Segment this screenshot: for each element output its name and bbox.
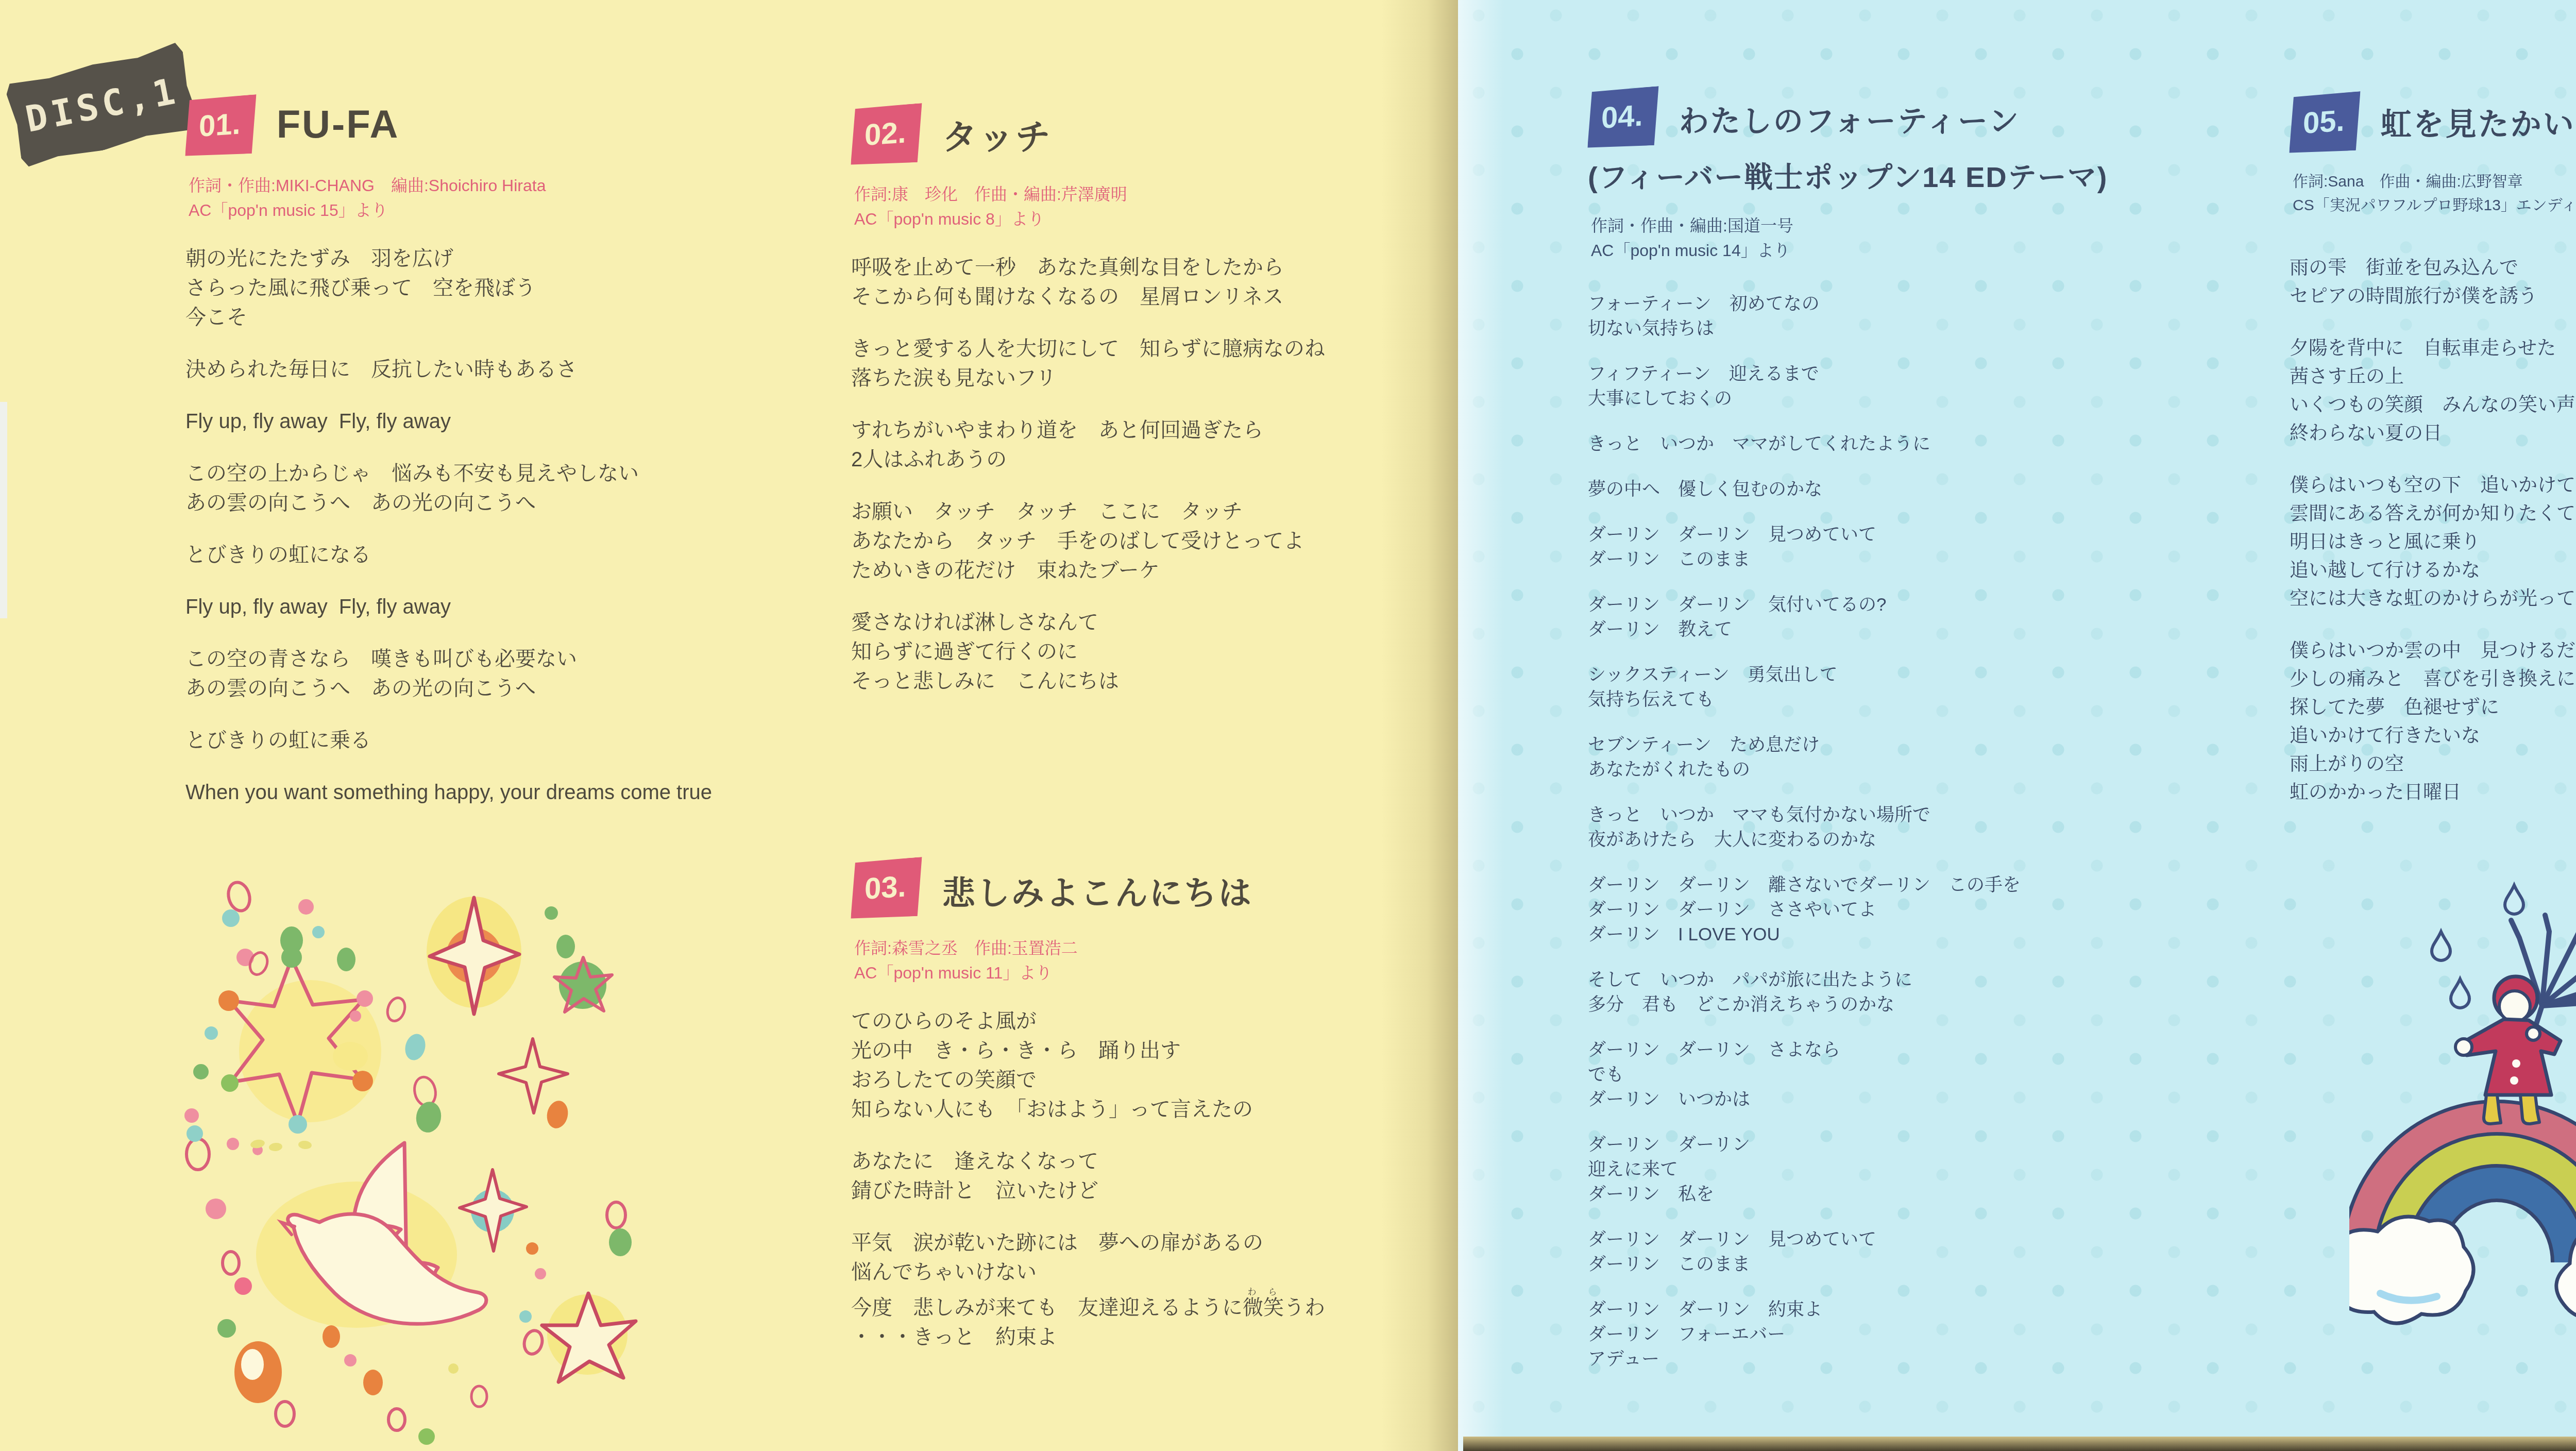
song-04-credits: 作詞・作曲・編曲:国道一号 AC「pop'n music 14」より [1591, 213, 2340, 263]
lyric-line: ダーリン 私を [1588, 1182, 2340, 1207]
song-01-credit-line: AC「pop'n music 15」より [189, 198, 881, 223]
song-05-header: 05. 虹を見たかい? [2290, 94, 2576, 153]
stanza: とびきりの虹に乗る [185, 726, 881, 755]
lyric-line: 気持ち伝えても [1588, 687, 2340, 712]
stanza: ダーリン ダーリン 約束よダーリン フォーエバーアデュー [1588, 1297, 2340, 1372]
stanza: 僕らはいつも空の下 追いかけてた雲間にある答えが何か知りたくて明日はきっと風に乗… [2290, 471, 2576, 613]
track-04-badge: 04. [1587, 86, 1658, 150]
stanza: シックスティーン 勇気出して気持ち伝えても [1588, 663, 2340, 712]
lyric-line: セピアの時間旅行が僕を誘う [2290, 282, 2576, 310]
song-05-credit-line: CS「実況パワフルプロ野球13」エンディングテーマ [2293, 194, 2576, 217]
song-02-title: タッチ [942, 110, 1052, 160]
lyric-line: 夜があけたら 大人に変わるのかな [1588, 828, 2340, 852]
lyric-line: ダーリン ダーリン ささやいてよ [1588, 898, 2340, 922]
stanza: 夢の中へ 優しく包むのかな [1588, 477, 2340, 502]
rainbow-figure-artwork [2349, 871, 2576, 1451]
stars-dove-artwork [165, 835, 835, 1448]
lyric-line: 僕らはいつも空の下 追いかけてた [2290, 471, 2576, 499]
lyric-line: フィフティーン 迎えるまで [1588, 362, 2340, 386]
lyric-line: Fly up, fly away Fly, fly away [185, 407, 881, 436]
lyric-line: ダーリン ダーリン さよなら [1588, 1038, 2340, 1062]
song-01-title: FU-FA [277, 102, 400, 147]
lyric-line: 大事にしておくの [1588, 386, 2340, 411]
stanza: この空の上からじゃ 悩みも不安も見えやしないあの雲の向こうへ あの光の向こうへ [185, 459, 881, 518]
scan-left-edge [0, 402, 7, 618]
lyric-line: 切ない気持ちは [1588, 316, 2340, 341]
stanza: そして いつか パパが旅に出たように多分 君も どこか消えちゃうのかな [1588, 968, 2340, 1017]
track-01-badge: 01. [185, 94, 256, 158]
lyric-line: あの雲の向こうへ あの光の向こうへ [185, 488, 881, 518]
lyric-line: フォーティーン 初めてなの [1588, 292, 2340, 316]
lyric-line: 終わらない夏の日 [2290, 419, 2576, 447]
stanza: Fly up, fly away Fly, fly away [185, 593, 881, 622]
lyric-line: ダーリン I LOVE YOU [1588, 922, 2340, 947]
lyric-line: Fly up, fly away Fly, fly away [185, 593, 881, 622]
disc1-stamp: DISC,1 [4, 42, 200, 169]
stanza: 決められた毎日に 反抗したい時もあるさ [185, 355, 881, 384]
stanza: ダーリン ダーリン 気付いてるの?ダーリン 教えて [1588, 593, 2340, 642]
lyric-line: 探してた夢 色褪せずに [2290, 693, 2576, 721]
lyric-line: 夕陽を背中に 自転車走らせた [2290, 334, 2576, 362]
song-03-title: 悲しみよこんにちは [942, 867, 1253, 914]
stanza: 夕陽を背中に 自転車走らせた茜さす丘の上いくつもの笑顔 みんなの笑い声終わらない… [2290, 334, 2576, 447]
song-01-credits: 作詞・作曲:MIKI-CHANG 編曲:Shoichiro Hirata AC「… [189, 173, 881, 223]
lyric-line: アデュー [1588, 1347, 2340, 1372]
song-05-credits: 作詞:Sana 作曲・編曲:広野智章 CS「実況パワフルプロ野球13」エンディン… [2293, 170, 2576, 217]
lyric-line: ダーリン このまま [1588, 1252, 2340, 1277]
lyric-line: 少しの痛みと 喜びを引き換えに [2290, 665, 2576, 693]
lyric-line: 空には大きな虹のかけらが光ってた [2290, 584, 2576, 613]
disc1-stamp-label: DISC,1 [22, 70, 182, 141]
lyric-line: 迎えに来て [1588, 1157, 2340, 1182]
page-right: 04. わたしのフォーティーン (フィーバー戦士ポップン14 EDテーマ) 作詞… [1458, 0, 2576, 1451]
song-01-credit-line: 作詞・作曲:MIKI-CHANG 編曲:Shoichiro Hirata [189, 173, 881, 198]
song-04-lyrics: フォーティーン 初めてなの切ない気持ちはフィフティーン 迎えるまで大事にしておく… [1588, 292, 2340, 1372]
song-05-title: 虹を見たかい? [2381, 100, 2576, 144]
song-05-section: 05. 虹を見たかい? 作詞:Sana 作曲・編曲:広野智章 CS「実況パワフル… [2290, 94, 2576, 806]
stanza: ダーリン ダーリン 離さないでダーリン この手をダーリン ダーリン ささやいてよ… [1588, 873, 2340, 947]
song-05-credit-line: 作詞:Sana 作曲・編曲:広野智章 [2293, 170, 2576, 194]
song-04-credit-line: 作詞・作曲・編曲:国道一号 [1591, 213, 2340, 238]
song-04-header: 04. わたしのフォーティーン [1588, 89, 2340, 147]
lyric-line: ダーリン 教えて [1588, 617, 2340, 642]
lyric-line: ダーリン フォーエバー [1588, 1322, 2340, 1347]
stanza: 雨の雫 街並を包み込んでセピアの時間旅行が僕を誘う [2290, 254, 2576, 310]
lyric-line: ダーリン このまま [1588, 547, 2340, 572]
lyric-line: 決められた毎日に 反抗したい時もあるさ [185, 355, 881, 384]
song-04-section: 04. わたしのフォーティーン (フィーバー戦士ポップン14 EDテーマ) 作詞… [1588, 89, 2340, 1372]
lyric-line: セブンティーン ため息だけ [1588, 733, 2340, 757]
track-05-badge: 05. [2289, 91, 2360, 155]
lyric-line: ダーリン ダーリン 約束よ [1588, 1297, 2340, 1322]
stanza: フォーティーン 初めてなの切ない気持ちは [1588, 292, 2340, 341]
lyric-line: ダーリン いつかは [1588, 1087, 2340, 1112]
lyric-line: とびきりの虹に乗る [185, 726, 881, 755]
lyric-line: 朝の光にたたずみ 羽を広げ [185, 244, 881, 274]
song-01-section: 01. FU-FA 作詞・作曲:MIKI-CHANG 編曲:Shoichiro … [185, 97, 881, 807]
song-04-subtitle: (フィーバー戦士ポップン14 EDテーマ) [1588, 155, 2340, 196]
lyric-line: ダーリン ダーリン 離さないでダーリン この手を [1588, 873, 2340, 898]
stanza: ダーリン ダーリン さよならでもダーリン いつかは [1588, 1038, 2340, 1112]
track-02-badge: 02. [851, 103, 922, 167]
stanza: とびきりの虹になる [185, 541, 881, 570]
stanza: きっと いつか ママがしてくれたように [1588, 432, 2340, 457]
lyric-line: とびきりの虹になる [185, 541, 881, 570]
scan-bottom-edge [1463, 1437, 2576, 1451]
stanza: この空の青さなら 嘆きも叫びも必要ないあの雲の向こうへ あの光の向こうへ [185, 645, 881, 703]
lyric-line: 追いかけて行きたいな [2290, 721, 2576, 750]
song-05-lyrics: 雨の雫 街並を包み込んでセピアの時間旅行が僕を誘う夕陽を背中に 自転車走らせた茜… [2290, 254, 2576, 806]
song-01-lyrics: 朝の光にたたずみ 羽を広げさらった風に飛び乗って 空を飛ぼう今こそ決められた毎日… [185, 244, 881, 807]
stanza: 僕らはいつか雲の中 見つけるだろう少しの痛みと 喜びを引き換えに探してた夢 色褪… [2290, 636, 2576, 806]
lyric-line: 雲間にある答えが何か知りたくて [2290, 499, 2576, 528]
booklet-spread: DISC,1 01. FU-FA 作詞・作曲:MIKI-CHANG 編曲:Sho… [0, 0, 2576, 1451]
stanza: セブンティーン ため息だけあなたがくれたもの [1588, 733, 2340, 782]
lyric-line: 明日はきっと風に乗り [2290, 528, 2576, 556]
lyric-line: 夢の中へ 優しく包むのかな [1588, 477, 2340, 502]
lyric-line: あの雲の向こうへ あの光の向こうへ [185, 674, 881, 703]
lyric-line: きっと いつか ママがしてくれたように [1588, 432, 2340, 457]
lyric-line: ダーリン ダーリン 見つめていて [1588, 522, 2340, 547]
lyric-line: 僕らはいつか雲の中 見つけるだろう [2290, 636, 2576, 665]
lyric-line: さらった風に飛び乗って 空を飛ぼう [185, 274, 881, 303]
lyric-line: 今こそ [185, 303, 881, 332]
stanza: きっと いつか ママも気付かない場所で夜があけたら 大人に変わるのかな [1588, 803, 2340, 852]
lyric-line: この空の上からじゃ 悩みも不安も見えやしない [185, 459, 881, 488]
lyric-line: 追い越して行けるかな [2290, 556, 2576, 584]
lyric-line: シックスティーン 勇気出して [1588, 663, 2340, 687]
lyric-line: 虹のかかった日曜日 [2290, 778, 2576, 806]
track-03-badge: 03. [851, 857, 922, 921]
lyric-line: ダーリン ダーリン 気付いてるの? [1588, 593, 2340, 617]
lyric-line: きっと いつか ママも気付かない場所で [1588, 803, 2340, 828]
song-04-title: わたしのフォーティーン [1679, 97, 2020, 140]
song-01-header: 01. FU-FA [185, 97, 881, 156]
lyric-line: いくつもの笑顔 みんなの笑い声 [2290, 391, 2576, 419]
stanza: 朝の光にたたずみ 羽を広げさらった風に飛び乗って 空を飛ぼう今こそ [185, 244, 881, 332]
lyric-line: ダーリン ダーリン 見つめていて [1588, 1227, 2340, 1252]
lyric-line: この空の青さなら 嘆きも叫びも必要ない [185, 645, 881, 674]
lyric-line: 雨の雫 街並を包み込んで [2290, 254, 2576, 282]
lyric-line: あなたがくれたもの [1588, 757, 2340, 782]
lyric-line: 多分 君も どこか消えちゃうのかな [1588, 992, 2340, 1017]
stanza: フィフティーン 迎えるまで大事にしておくの [1588, 362, 2340, 411]
lyric-line: そして いつか パパが旅に出たように [1588, 968, 2340, 992]
lyric-line: ダーリン ダーリン [1588, 1133, 2340, 1157]
lyric-line: When you want something happy, your drea… [185, 778, 881, 807]
lyric-line: でも [1588, 1062, 2340, 1087]
lyric-line: 雨上がりの空 [2290, 750, 2576, 778]
song-04-credit-line: AC「pop'n music 14」より [1591, 238, 2340, 263]
stanza: When you want something happy, your drea… [185, 778, 881, 807]
page-left: DISC,1 01. FU-FA 作詞・作曲:MIKI-CHANG 編曲:Sho… [0, 0, 1458, 1451]
stanza: ダーリン ダーリン迎えに来てダーリン 私を [1588, 1133, 2340, 1207]
stanza: ダーリン ダーリン 見つめていてダーリン このまま [1588, 522, 2340, 572]
lyric-line: 茜さす丘の上 [2290, 362, 2576, 391]
stanza: ダーリン ダーリン 見つめていてダーリン このまま [1588, 1227, 2340, 1277]
stanza: Fly up, fly away Fly, fly away [185, 407, 881, 436]
